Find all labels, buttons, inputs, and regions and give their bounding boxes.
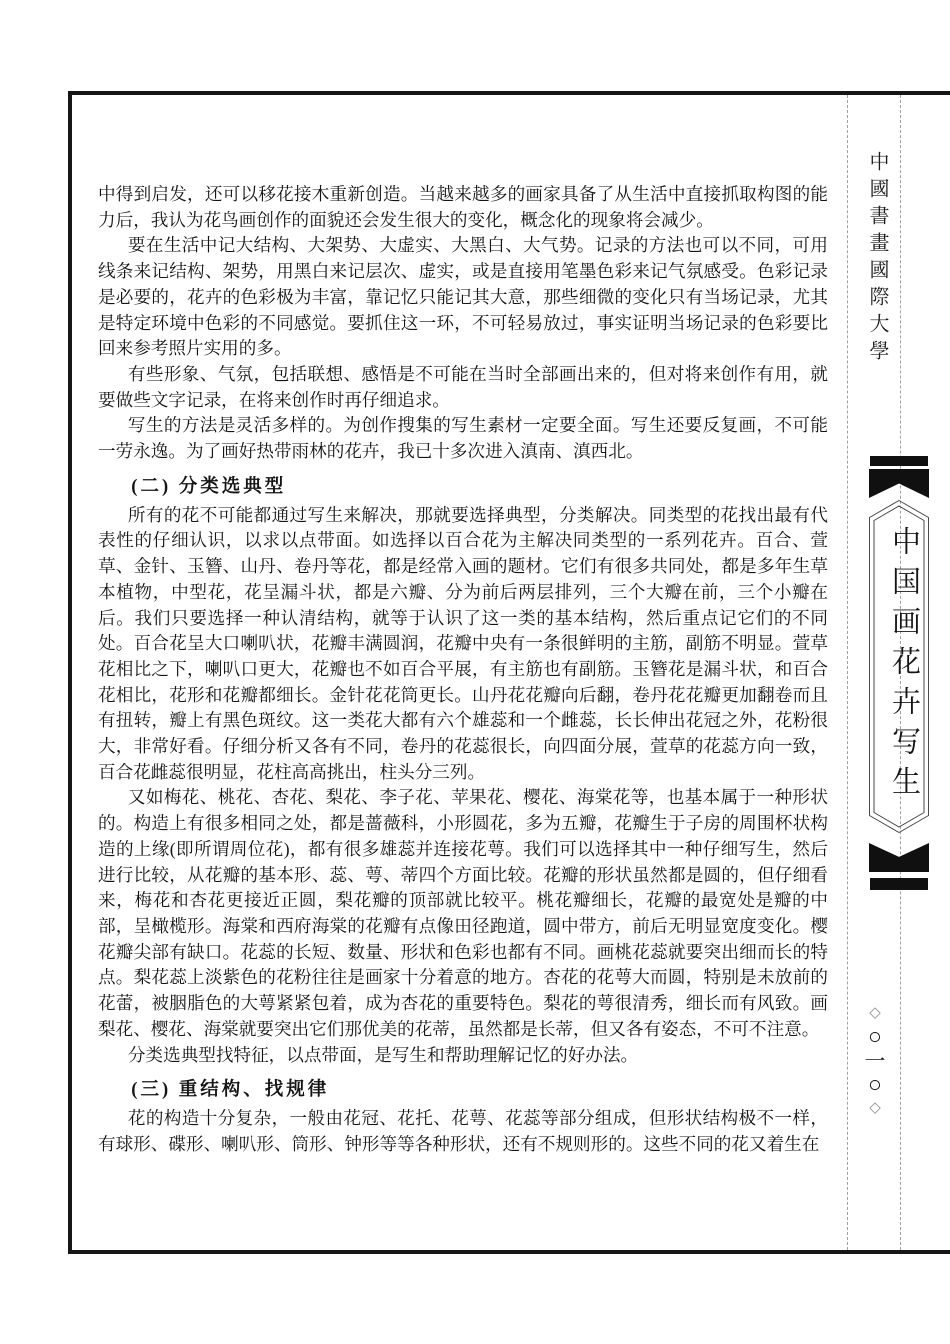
- institution-vertical-title: 中國書畫國際大學: [863, 151, 892, 367]
- section-heading: (三) 重结构、找规律: [98, 1077, 828, 1103]
- diamond-ornament-icon: ◇: [869, 1101, 881, 1116]
- body-paragraph: 所有的花不可能都通过写生来解决，那就要选择典型，分类解决。同类型的花找出最有代表…: [98, 503, 828, 786]
- banner-top-bar: [870, 456, 928, 466]
- sidebar-divider-left: [847, 95, 848, 1250]
- section-heading: (二) 分类选典型: [98, 474, 828, 500]
- page-number-digit: ○: [868, 1074, 882, 1096]
- series-title-banner: 中国画花卉写生: [869, 455, 929, 892]
- page-number-digit: ○: [868, 1026, 882, 1048]
- content-blocks: 中得到启发，还可以移花接木重新创造。当越来越多的画家具备了从生活中直接抓取构图的…: [98, 182, 828, 1158]
- series-vertical-title: 中国画花卉写生: [884, 526, 925, 806]
- banner-bottom-ribbon-chevron: [869, 843, 929, 872]
- body-paragraph: 写生的方法是灵活多样的。为创作搜集的写生素材一定要全面。写生还要反复画，不可能一…: [98, 413, 828, 464]
- page-frame-bottom-border: [68, 1250, 950, 1254]
- page-number-digit: 一: [865, 1053, 886, 1069]
- body-paragraph: 有些形象、气氛，包括联想、感悟是不可能在当时全部画出来的，但对将来创作有用，就要…: [98, 362, 828, 413]
- page-frame-left-border: [68, 91, 72, 1254]
- body-paragraph: 又如梅花、桃花、杏花、梨花、李子花、苹果花、樱花、海棠花等，也基本属于一种形状的…: [98, 785, 828, 1042]
- body-paragraph: 花的构造十分复杂，一般由花冠、花托、花萼、花蕊等部分组成，但形状结构极不一样，有…: [98, 1106, 828, 1157]
- body-paragraph: 中得到启发，还可以移花接木重新创造。当越来越多的画家具备了从生活中直接抓取构图的…: [98, 182, 828, 233]
- body-paragraph: 分类选典型找特征，以点带面，是写生和帮助理解记忆的好办法。: [98, 1043, 828, 1069]
- banner-top-ribbon-chevron: [869, 469, 929, 498]
- body-paragraph: 要在生活中记大结构、大架势、大虚实、大黑白、大气势。记录的方法也可以不同，可用线…: [98, 233, 828, 362]
- page-frame-top-border: [68, 91, 950, 95]
- page-number: ◇○一○◇: [860, 1006, 890, 1116]
- banner-bottom-bar: [870, 878, 928, 890]
- diamond-ornament-icon: ◇: [869, 1006, 881, 1021]
